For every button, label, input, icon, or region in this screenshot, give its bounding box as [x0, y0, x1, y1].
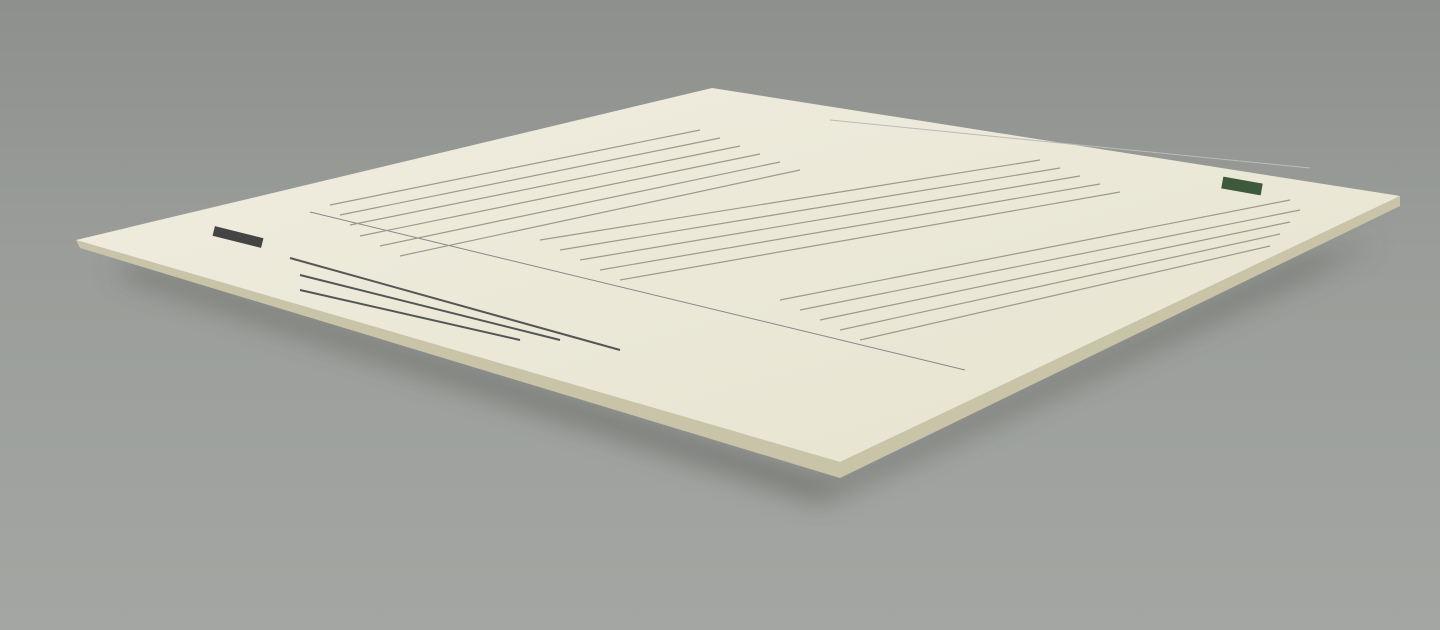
photo-scene	[0, 0, 1440, 630]
jacket-top	[76, 88, 1400, 462]
